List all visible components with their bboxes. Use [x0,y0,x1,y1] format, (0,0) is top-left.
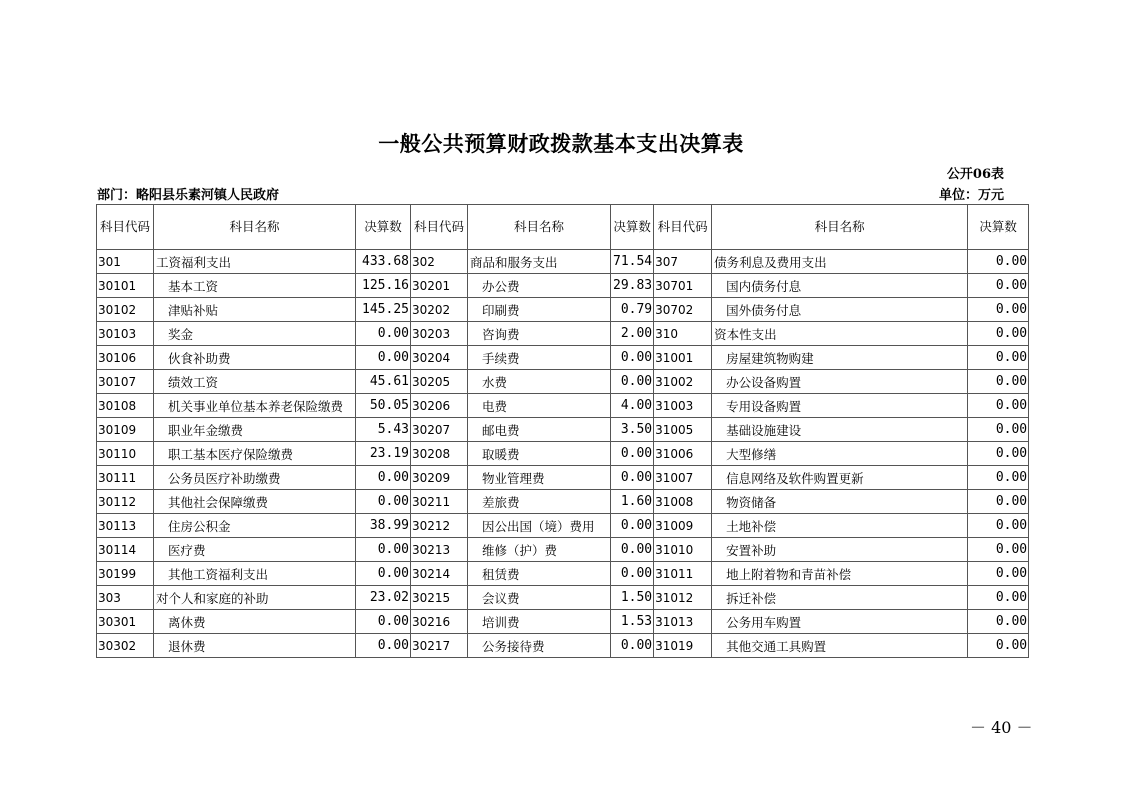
name-cell: 基础设施建设 [712,418,968,442]
table-row: 30110职工基本医疗保险缴费23.1930208取暖费0.0031006大型修… [97,442,1029,466]
name-cell: 房屋建筑物购建 [712,346,968,370]
department-label: 部门：略阳县乐素河镇人民政府 [97,184,279,203]
code-cell: 30302 [97,634,154,658]
code-cell: 30206 [411,394,468,418]
header-name-3: 科目名称 [712,205,968,250]
code-cell: 31002 [654,370,712,394]
code-cell: 31012 [654,586,712,610]
amount-cell: 2.00 [611,322,654,346]
name-cell: 差旅费 [468,490,611,514]
code-cell: 31003 [654,394,712,418]
name-cell: 奖金 [154,322,356,346]
code-cell: 30103 [97,322,154,346]
code-cell: 30205 [411,370,468,394]
code-cell: 31010 [654,538,712,562]
amount-cell: 5.43 [356,418,411,442]
code-cell: 31011 [654,562,712,586]
amount-cell: 0.00 [968,274,1029,298]
name-cell: 办公设备购置 [712,370,968,394]
amount-cell: 0.00 [968,538,1029,562]
amount-cell: 433.68 [356,250,411,274]
table-row: 30301离休费0.0030216培训费1.5331013公务用车购置0.00 [97,610,1029,634]
code-cell: 31009 [654,514,712,538]
amount-cell: 0.00 [611,514,654,538]
amount-cell: 0.00 [968,634,1029,658]
name-cell: 医疗费 [154,538,356,562]
code-cell: 30213 [411,538,468,562]
table-row: 30102津贴补贴145.2530202印刷费0.7930702国外债务付息0.… [97,298,1029,322]
name-cell: 电费 [468,394,611,418]
name-cell: 物资储备 [712,490,968,514]
expenditure-table: 科目代码 科目名称 决算数 科目代码 科目名称 决算数 科目代码 科目名称 决算… [96,204,1029,658]
amount-cell: 0.00 [356,634,411,658]
name-cell: 职业年金缴费 [154,418,356,442]
name-cell: 绩效工资 [154,370,356,394]
name-cell: 公务员医疗补助缴费 [154,466,356,490]
code-cell: 30702 [654,298,712,322]
name-cell: 退休费 [154,634,356,658]
name-cell: 土地补偿 [712,514,968,538]
table-row: 30109职业年金缴费5.4330207邮电费3.5031005基础设施建设0.… [97,418,1029,442]
name-cell: 机关事业单位基本养老保险缴费 [154,394,356,418]
amount-cell: 125.16 [356,274,411,298]
code-cell: 301 [97,250,154,274]
amount-cell: 1.60 [611,490,654,514]
code-cell: 30701 [654,274,712,298]
amount-cell: 0.00 [968,322,1029,346]
amount-cell: 0.00 [968,370,1029,394]
code-cell: 30217 [411,634,468,658]
amount-cell: 0.00 [611,442,654,466]
code-cell: 30202 [411,298,468,322]
name-cell: 手续费 [468,346,611,370]
amount-cell: 0.00 [611,346,654,370]
name-cell: 其他社会保障缴费 [154,490,356,514]
name-cell: 工资福利支出 [154,250,356,274]
code-cell: 31006 [654,442,712,466]
name-cell: 邮电费 [468,418,611,442]
unit-label: 单位：万元 [939,184,1004,203]
amount-cell: 0.00 [968,298,1029,322]
table-row: 30111公务员医疗补助缴费0.0030209物业管理费0.0031007信息网… [97,466,1029,490]
table-row: 30107绩效工资45.6130205水费0.0031002办公设备购置0.00 [97,370,1029,394]
code-cell: 31007 [654,466,712,490]
amount-cell: 145.25 [356,298,411,322]
code-cell: 307 [654,250,712,274]
table-row: 30302退休费0.0030217公务接待费0.0031019其他交通工具购置0… [97,634,1029,658]
table-header-row: 科目代码 科目名称 决算数 科目代码 科目名称 决算数 科目代码 科目名称 决算… [97,205,1029,250]
amount-cell: 3.50 [611,418,654,442]
amount-cell: 1.53 [611,610,654,634]
code-cell: 302 [411,250,468,274]
name-cell: 国内债务付息 [712,274,968,298]
name-cell: 债务利息及费用支出 [712,250,968,274]
name-cell: 大型修缮 [712,442,968,466]
header-code-3: 科目代码 [654,205,712,250]
code-cell: 30216 [411,610,468,634]
code-cell: 30214 [411,562,468,586]
amount-cell: 0.00 [968,514,1029,538]
amount-cell: 0.00 [968,442,1029,466]
code-cell: 30101 [97,274,154,298]
name-cell: 物业管理费 [468,466,611,490]
name-cell: 伙食补助费 [154,346,356,370]
code-cell: 30199 [97,562,154,586]
amount-cell: 29.83 [611,274,654,298]
amount-cell: 0.00 [968,586,1029,610]
name-cell: 咨询费 [468,322,611,346]
amount-cell: 0.00 [968,250,1029,274]
header-code-1: 科目代码 [97,205,154,250]
name-cell: 会议费 [468,586,611,610]
code-cell: 30109 [97,418,154,442]
amount-cell: 0.00 [611,370,654,394]
name-cell: 其他交通工具购置 [712,634,968,658]
name-cell: 地上附着物和青苗补偿 [712,562,968,586]
amount-cell: 0.00 [968,466,1029,490]
amount-cell: 4.00 [611,394,654,418]
name-cell: 公务用车购置 [712,610,968,634]
document-title: 一般公共预算财政拨款基本支出决算表 [0,128,1122,158]
name-cell: 公务接待费 [468,634,611,658]
name-cell: 其他工资福利支出 [154,562,356,586]
code-cell: 31001 [654,346,712,370]
table-row: 30103奖金0.0030203咨询费2.00310资本性支出0.00 [97,322,1029,346]
amount-cell: 0.00 [356,466,411,490]
code-cell: 30106 [97,346,154,370]
code-cell: 30112 [97,490,154,514]
code-cell: 30209 [411,466,468,490]
code-cell: 30114 [97,538,154,562]
amount-cell: 0.00 [611,562,654,586]
name-cell: 离休费 [154,610,356,634]
amount-cell: 0.79 [611,298,654,322]
name-cell: 安置补助 [712,538,968,562]
code-cell: 31008 [654,490,712,514]
header-amount-1: 决算数 [356,205,411,250]
table-row: 30114医疗费0.0030213维修（护）费0.0031010安置补助0.00 [97,538,1029,562]
table-row: 30113住房公积金38.9930212因公出国（境）费用0.0031009土地… [97,514,1029,538]
amount-cell: 0.00 [356,610,411,634]
table-row: 301工资福利支出433.68302商品和服务支出71.54307债务利息及费用… [97,250,1029,274]
amount-cell: 0.00 [968,610,1029,634]
amount-cell: 1.50 [611,586,654,610]
amount-cell: 0.00 [611,466,654,490]
table-row: 30106伙食补助费0.0030204手续费0.0031001房屋建筑物购建0.… [97,346,1029,370]
name-cell: 基本工资 [154,274,356,298]
name-cell: 拆迁补偿 [712,586,968,610]
table-number: 公开06表 [947,163,1004,182]
code-cell: 30107 [97,370,154,394]
code-cell: 31013 [654,610,712,634]
name-cell: 办公费 [468,274,611,298]
header-name-2: 科目名称 [468,205,611,250]
code-cell: 30203 [411,322,468,346]
name-cell: 取暖费 [468,442,611,466]
name-cell: 维修（护）费 [468,538,611,562]
name-cell: 国外债务付息 [712,298,968,322]
header-name-1: 科目名称 [154,205,356,250]
amount-cell: 0.00 [968,562,1029,586]
amount-cell: 0.00 [968,490,1029,514]
name-cell: 信息网络及软件购置更新 [712,466,968,490]
name-cell: 租赁费 [468,562,611,586]
table-row: 30112其他社会保障缴费0.0030211差旅费1.6031008物资储备0.… [97,490,1029,514]
amount-cell: 0.00 [356,346,411,370]
amount-cell: 23.02 [356,586,411,610]
name-cell: 资本性支出 [712,322,968,346]
table-row: 30108机关事业单位基本养老保险缴费50.0530206电费4.0031003… [97,394,1029,418]
code-cell: 30111 [97,466,154,490]
page-number: － 40 － [970,715,1033,738]
name-cell: 职工基本医疗保险缴费 [154,442,356,466]
amount-cell: 23.19 [356,442,411,466]
amount-cell: 38.99 [356,514,411,538]
amount-cell: 0.00 [356,538,411,562]
name-cell: 印刷费 [468,298,611,322]
amount-cell: 0.00 [968,346,1029,370]
header-amount-2: 决算数 [611,205,654,250]
code-cell: 30212 [411,514,468,538]
name-cell: 对个人和家庭的补助 [154,586,356,610]
code-cell: 30204 [411,346,468,370]
name-cell: 专用设备购置 [712,394,968,418]
code-cell: 30201 [411,274,468,298]
code-cell: 30110 [97,442,154,466]
amount-cell: 0.00 [356,490,411,514]
code-cell: 31019 [654,634,712,658]
name-cell: 培训费 [468,610,611,634]
code-cell: 30208 [411,442,468,466]
name-cell: 津贴补贴 [154,298,356,322]
code-cell: 30207 [411,418,468,442]
name-cell: 住房公积金 [154,514,356,538]
code-cell: 30102 [97,298,154,322]
name-cell: 商品和服务支出 [468,250,611,274]
amount-cell: 0.00 [356,562,411,586]
amount-cell: 45.61 [356,370,411,394]
table-row: 30101基本工资125.1630201办公费29.8330701国内债务付息0… [97,274,1029,298]
table-row: 30199其他工资福利支出0.0030214租赁费0.0031011地上附着物和… [97,562,1029,586]
table-row: 303对个人和家庭的补助23.0230215会议费1.5031012拆迁补偿0.… [97,586,1029,610]
amount-cell: 0.00 [611,538,654,562]
code-cell: 30215 [411,586,468,610]
header-code-2: 科目代码 [411,205,468,250]
code-cell: 30211 [411,490,468,514]
amount-cell: 0.00 [968,418,1029,442]
amount-cell: 50.05 [356,394,411,418]
amount-cell: 71.54 [611,250,654,274]
code-cell: 30108 [97,394,154,418]
header-amount-3: 决算数 [968,205,1029,250]
code-cell: 310 [654,322,712,346]
amount-cell: 0.00 [968,394,1029,418]
name-cell: 水费 [468,370,611,394]
code-cell: 30301 [97,610,154,634]
code-cell: 30113 [97,514,154,538]
name-cell: 因公出国（境）费用 [468,514,611,538]
amount-cell: 0.00 [356,322,411,346]
code-cell: 31005 [654,418,712,442]
amount-cell: 0.00 [611,634,654,658]
code-cell: 303 [97,586,154,610]
